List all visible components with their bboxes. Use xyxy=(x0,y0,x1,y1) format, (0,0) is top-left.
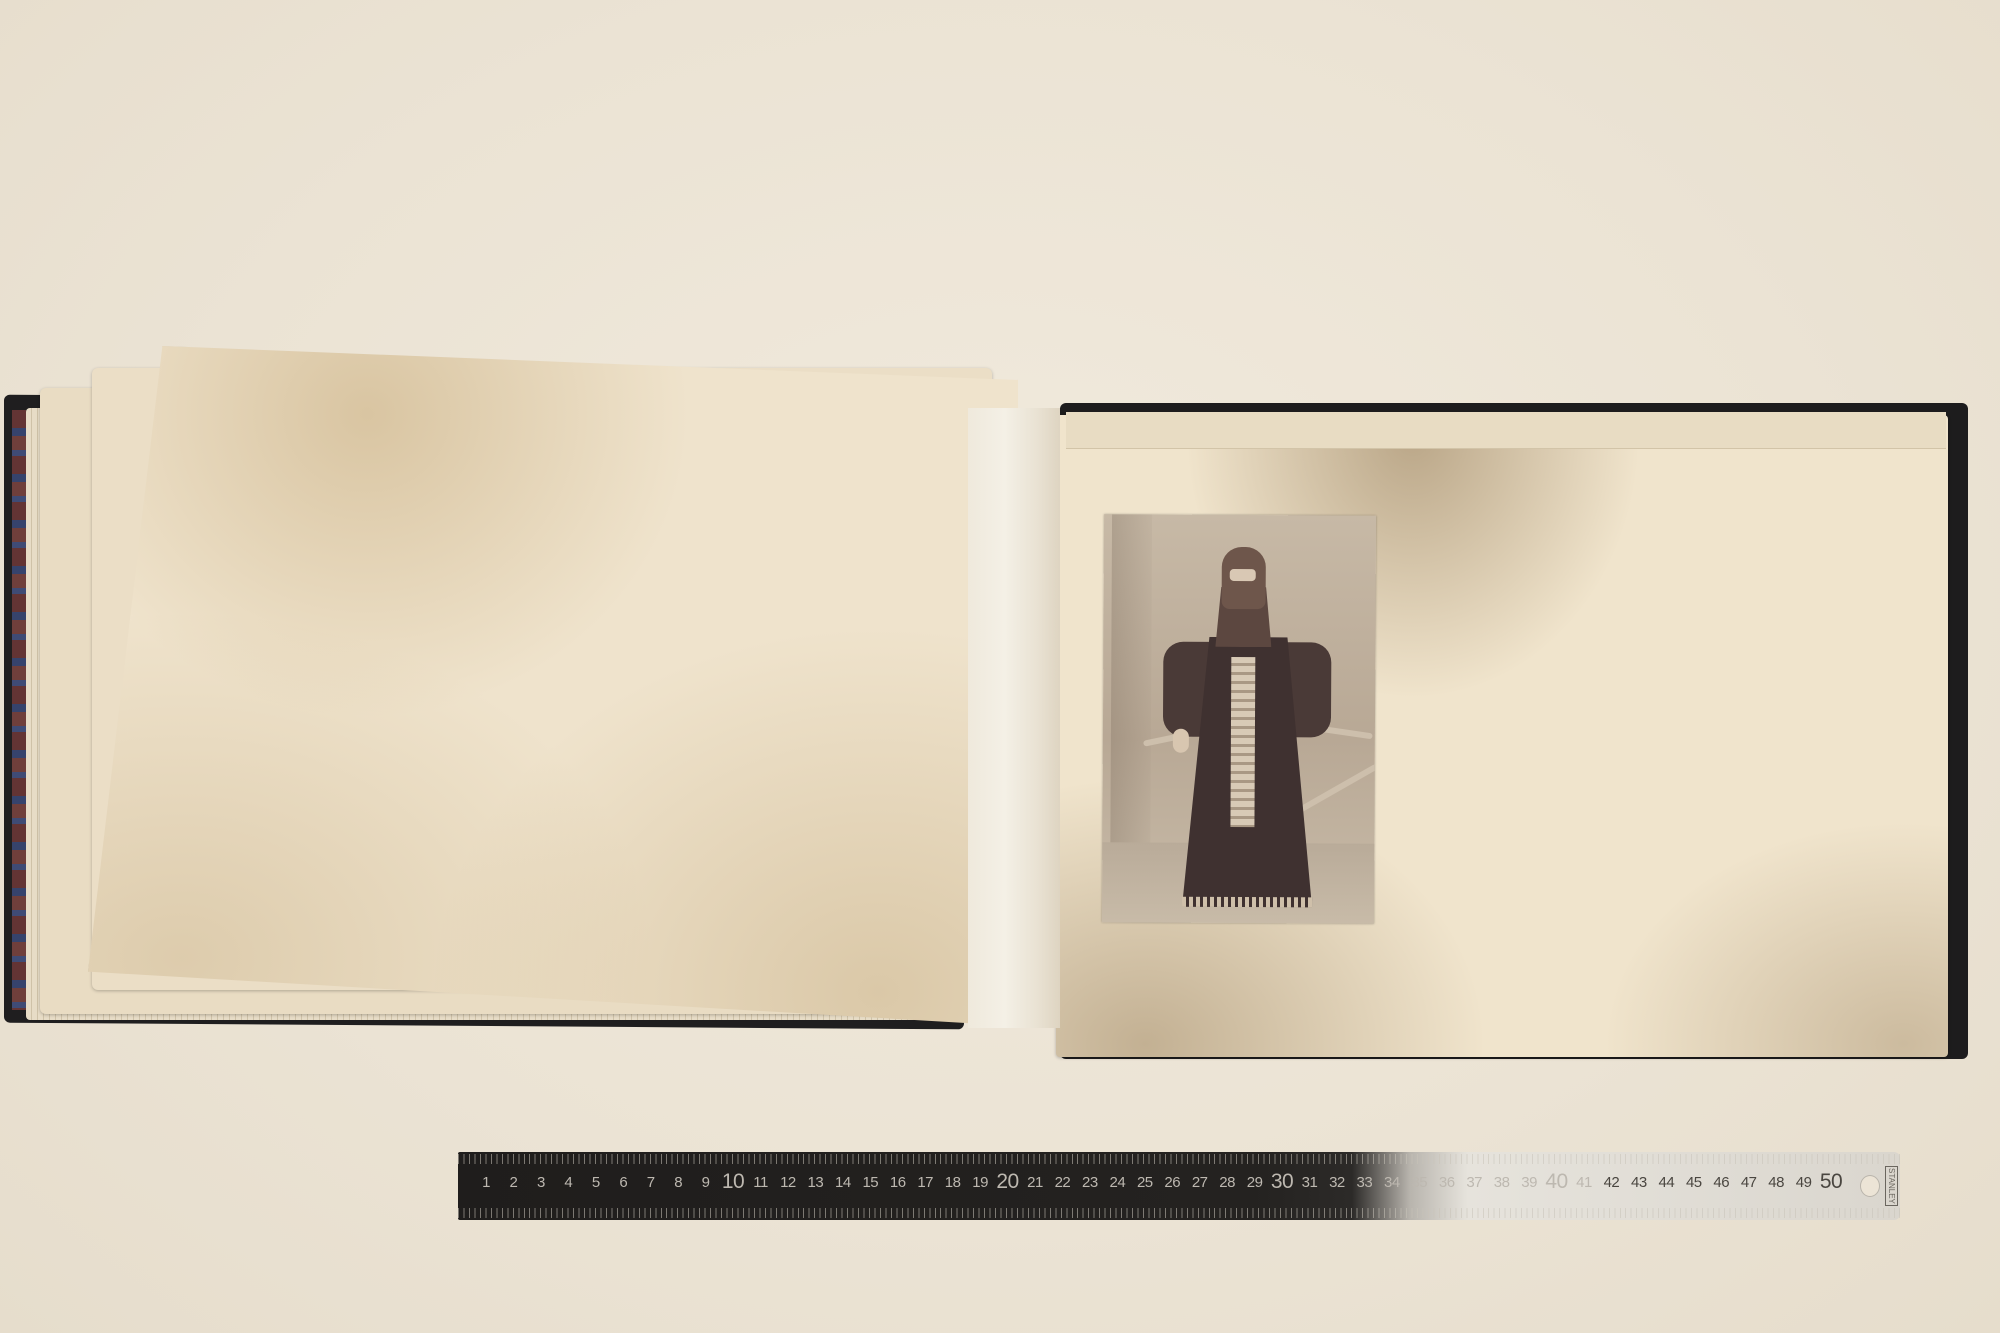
brand-label: STANLEY xyxy=(1885,1166,1898,1206)
ruler-scale: 1234567891011121314151617181920212223242… xyxy=(458,1152,1900,1220)
painted-backdrop xyxy=(1110,514,1152,844)
ruler-label: 33 xyxy=(1357,1174,1373,1191)
ruler-label: 17 xyxy=(917,1174,933,1191)
ruler-label: 29 xyxy=(1247,1174,1263,1191)
ruler-label: 6 xyxy=(619,1174,627,1191)
ruler-label: 18 xyxy=(945,1174,961,1191)
ruler-label: 4 xyxy=(564,1174,572,1191)
ruler-label: 9 xyxy=(702,1174,710,1191)
ruler-label: 38 xyxy=(1494,1174,1510,1191)
ruler-label: 15 xyxy=(862,1174,878,1191)
ruler-label: 45 xyxy=(1686,1174,1702,1191)
ruler-label: 36 xyxy=(1439,1174,1455,1191)
ruler-label: 47 xyxy=(1741,1174,1757,1191)
ruler-label: 37 xyxy=(1466,1174,1482,1191)
ruler-label: 10 xyxy=(722,1170,744,1194)
page-edge xyxy=(1066,412,1946,449)
hand xyxy=(1173,729,1189,753)
ruler-label: 44 xyxy=(1659,1174,1675,1191)
ruler-label: 50 xyxy=(1820,1170,1842,1194)
ruler-label: 30 xyxy=(1271,1170,1293,1194)
background-surface: 1234567891011121314151617181920212223242… xyxy=(0,0,2000,1333)
ruler-label: 12 xyxy=(780,1174,796,1191)
ruler-label: 28 xyxy=(1219,1174,1235,1191)
sash xyxy=(1230,657,1255,827)
ruler-label: 46 xyxy=(1713,1174,1729,1191)
ruler-label: 40 xyxy=(1545,1170,1567,1194)
ruler-label: 20 xyxy=(996,1170,1018,1194)
veiled-woman-figure xyxy=(1162,547,1334,918)
ruler-label: 34 xyxy=(1384,1174,1400,1191)
binding-gutter xyxy=(968,408,1060,1028)
ruler-label: 26 xyxy=(1164,1174,1180,1191)
ruler-label: 27 xyxy=(1192,1174,1208,1191)
ruler-label: 19 xyxy=(972,1174,988,1191)
ruler-label: 35 xyxy=(1411,1174,1427,1191)
ruler-label: 1 xyxy=(482,1174,490,1191)
ruler-label: 11 xyxy=(753,1174,768,1191)
ruler-label: 32 xyxy=(1329,1174,1345,1191)
ruler-label: 41 xyxy=(1576,1174,1592,1191)
ruler-label: 3 xyxy=(537,1174,545,1191)
ruler-label: 5 xyxy=(592,1174,600,1191)
ruler-label: 14 xyxy=(835,1174,851,1191)
ruler-label: 48 xyxy=(1768,1174,1784,1191)
ruler-label: 16 xyxy=(890,1174,906,1191)
marbled-endpaper xyxy=(12,410,26,1010)
robe-trim xyxy=(1182,897,1312,908)
ruler-label: 25 xyxy=(1137,1174,1153,1191)
hang-hole xyxy=(1860,1175,1880,1197)
ruler-label: 43 xyxy=(1631,1174,1647,1191)
ruler-label: 24 xyxy=(1110,1174,1126,1191)
album-page-left[interactable] xyxy=(88,346,1018,1026)
measuring-ruler: 1234567891011121314151617181920212223242… xyxy=(458,1152,1900,1220)
mounted-photograph xyxy=(1102,514,1376,923)
ruler-label: 23 xyxy=(1082,1174,1098,1191)
ruler-label: 2 xyxy=(510,1174,518,1191)
ruler-label: 31 xyxy=(1302,1174,1318,1191)
ruler-label: 39 xyxy=(1521,1174,1537,1191)
face xyxy=(1230,569,1256,581)
ruler-label: 22 xyxy=(1055,1174,1071,1191)
ruler-label: 13 xyxy=(808,1174,824,1191)
ruler-label: 42 xyxy=(1604,1174,1620,1191)
ruler-label: 49 xyxy=(1796,1174,1812,1191)
ruler-label: 8 xyxy=(674,1174,682,1191)
ruler-label: 7 xyxy=(647,1174,655,1191)
ruler-label: 21 xyxy=(1027,1174,1043,1191)
